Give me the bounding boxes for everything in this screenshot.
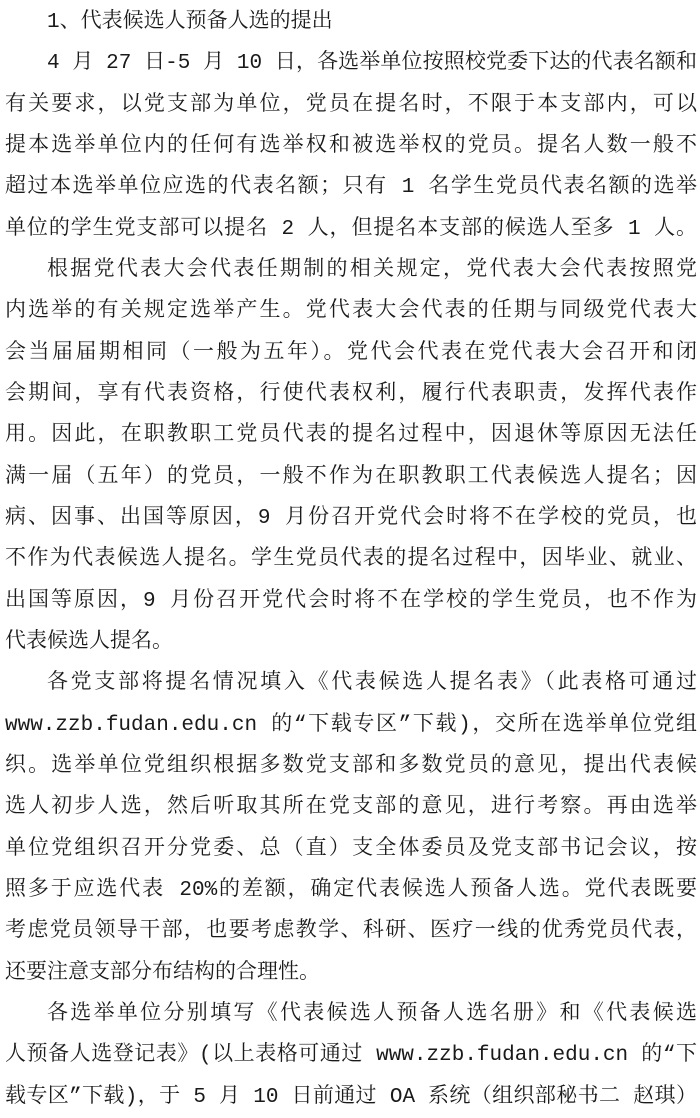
text-line: 出国等原因，9 月份召开党代会时将不在学校的学生党员，也不作为 bbox=[5, 581, 697, 622]
text-line: 会期间，享有代表资格，行使代表权利，履行代表职责，发挥代表作 bbox=[5, 374, 697, 415]
section-heading: 1、代表候选人预备人选的提出 bbox=[5, 2, 697, 43]
text-line: 病、因事、出国等原因，9 月份召开党代会时将不在学校的党员，也 bbox=[5, 498, 697, 539]
text-line: 单位党组织召开分党委、总（直）支全体委员及党支部书记会议，按 bbox=[5, 829, 697, 870]
text-line: 还要注意支部分布结构的合理性。 bbox=[5, 953, 697, 994]
text-line: 载专区”下载)，于 5 月 10 日前通过 OA 系统（组织部秘书二 赵琪） bbox=[5, 1077, 697, 1118]
text-line: 考虑党员领导干部，也要考虑教学、科研、医疗一线的优秀党员代表， bbox=[5, 911, 697, 952]
text-line: www.zzb.fudan.edu.cn 的“下载专区”下载)，交所在选举单位党… bbox=[5, 705, 697, 746]
paragraph: 根据党代表大会代表任期制的相关规定，党代表大会代表按照党内选举的有关规定选举产生… bbox=[5, 250, 697, 663]
text-line: 选人初步人选，然后听取其所在党支部的意见，进行考察。再由选举 bbox=[5, 787, 697, 828]
text-line: 有关要求，以党支部为单位，党员在提名时，不限于本支部内，可以 bbox=[5, 85, 697, 126]
text-line: 超过本选举单位应选的代表名额；只有 1 名学生党员代表名额的选举 bbox=[5, 167, 697, 208]
text-line: 用。因此，在职教职工党员代表的提名过程中，因退休等原因无法任 bbox=[5, 415, 697, 456]
text-line: 4 月 27 日-5 月 10 日，各选举单位按照校党委下达的代表名额和 bbox=[5, 43, 697, 84]
text-line: 代表候选人提名。 bbox=[5, 622, 697, 663]
heading-line: 1、代表候选人预备人选的提出 bbox=[5, 2, 697, 43]
paragraph: 各党支部将提名情况填入《代表候选人提名表》（此表格可通过www.zzb.fuda… bbox=[5, 663, 697, 994]
text-line: 提本选举单位内的任何有选举权和被选举权的党员。提名人数一般不 bbox=[5, 126, 697, 167]
text-line: 会当届届期相同（一般为五年）。党代会代表在党代表大会召开和闭 bbox=[5, 333, 697, 374]
document-body: 1、代表候选人预备人选的提出4 月 27 日-5 月 10 日，各选举单位按照校… bbox=[0, 0, 700, 1118]
text-line: 内选举的有关规定选举产生。党代表大会代表的任期与同级党代表大 bbox=[5, 291, 697, 332]
text-line: 单位的学生党支部可以提名 2 人，但提名本支部的候选人至多 1 人。 bbox=[5, 209, 697, 250]
text-line: 满一届（五年）的党员，一般不作为在职教职工代表候选人提名；因 bbox=[5, 457, 697, 498]
text-line: 人预备人选登记表》(以上表格可通过 www.zzb.fudan.edu.cn 的… bbox=[5, 1035, 697, 1076]
text-line: 织。选举单位党组织根据多数党支部和多数党员的意见，提出代表候 bbox=[5, 746, 697, 787]
text-line: 各选举单位分别填写《代表候选人预备人选名册》和《代表候选 bbox=[5, 994, 697, 1035]
text-line: 各党支部将提名情况填入《代表候选人提名表》（此表格可通过 bbox=[5, 663, 697, 704]
document-page: { "page": { "background_color": "#ffffff… bbox=[0, 0, 700, 1118]
text-line: 根据党代表大会代表任期制的相关规定，党代表大会代表按照党 bbox=[5, 250, 697, 291]
paragraph: 4 月 27 日-5 月 10 日，各选举单位按照校党委下达的代表名额和有关要求… bbox=[5, 43, 697, 250]
text-line: 不作为代表候选人提名。学生党员代表的提名过程中，因毕业、就业、 bbox=[5, 539, 697, 580]
text-line: 照多于应选代表 20%的差额，确定代表候选人预备人选。党代表既要 bbox=[5, 870, 697, 911]
paragraph: 各选举单位分别填写《代表候选人预备人选名册》和《代表候选人预备人选登记表》(以上… bbox=[5, 994, 697, 1118]
